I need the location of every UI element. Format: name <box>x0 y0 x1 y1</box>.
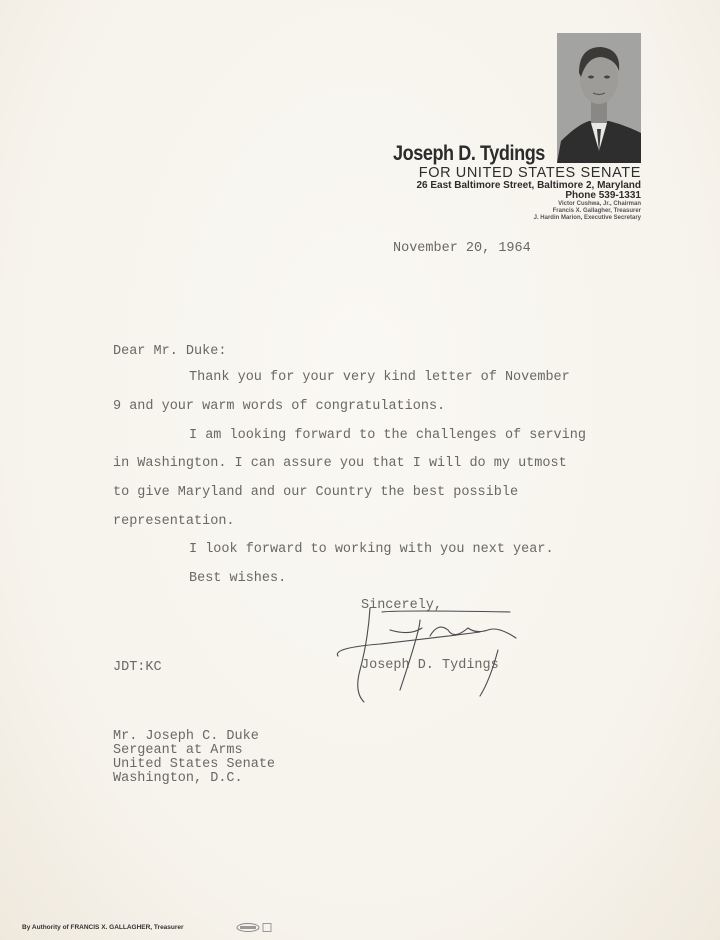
letterhead-phone: Phone 539-1331 <box>565 190 641 201</box>
body-line: I look forward to working with you next … <box>189 542 554 557</box>
body-line: in Washington. I can assure you that I w… <box>113 456 567 471</box>
body-line: Best wishes. <box>189 571 286 586</box>
letter-date: November 20, 1964 <box>393 241 531 256</box>
letterhead-staff-treasurer: Francis X. Gallagher, Treasurer <box>553 208 641 214</box>
salutation: Dear Mr. Duke: <box>113 344 226 359</box>
handwritten-signature <box>330 600 530 710</box>
body-line: representation. <box>113 514 235 529</box>
body-line: to give Maryland and our Country the bes… <box>113 485 518 500</box>
reference-initials: JDT:KC <box>113 660 162 675</box>
body-line: Thank you for your very kind letter of N… <box>189 370 570 385</box>
letterhead-staff-chairman: Victor Cushwa, Jr., Chairman <box>558 201 641 207</box>
body-line: 9 and your warm words of congratulations… <box>113 399 445 414</box>
footer-authority: By Authority of FRANCIS X. GALLAGHER, Tr… <box>22 924 184 931</box>
recipient-address-line: Washington, D.C. <box>113 772 243 787</box>
letterhead-staff-secretary: J. Hardin Marion, Executive Secretary <box>534 215 641 221</box>
letter-page: Joseph D. Tydings FOR UNITED STATES SENA… <box>0 0 720 940</box>
body-line: I am looking forward to the challenges o… <box>189 428 586 443</box>
union-bug-icon <box>236 922 274 933</box>
portrait-photo <box>557 33 641 163</box>
letterhead-name: Joseph D. Tydings <box>393 142 545 166</box>
letterhead-subtitle: FOR UNITED STATES SENATE <box>419 165 641 181</box>
